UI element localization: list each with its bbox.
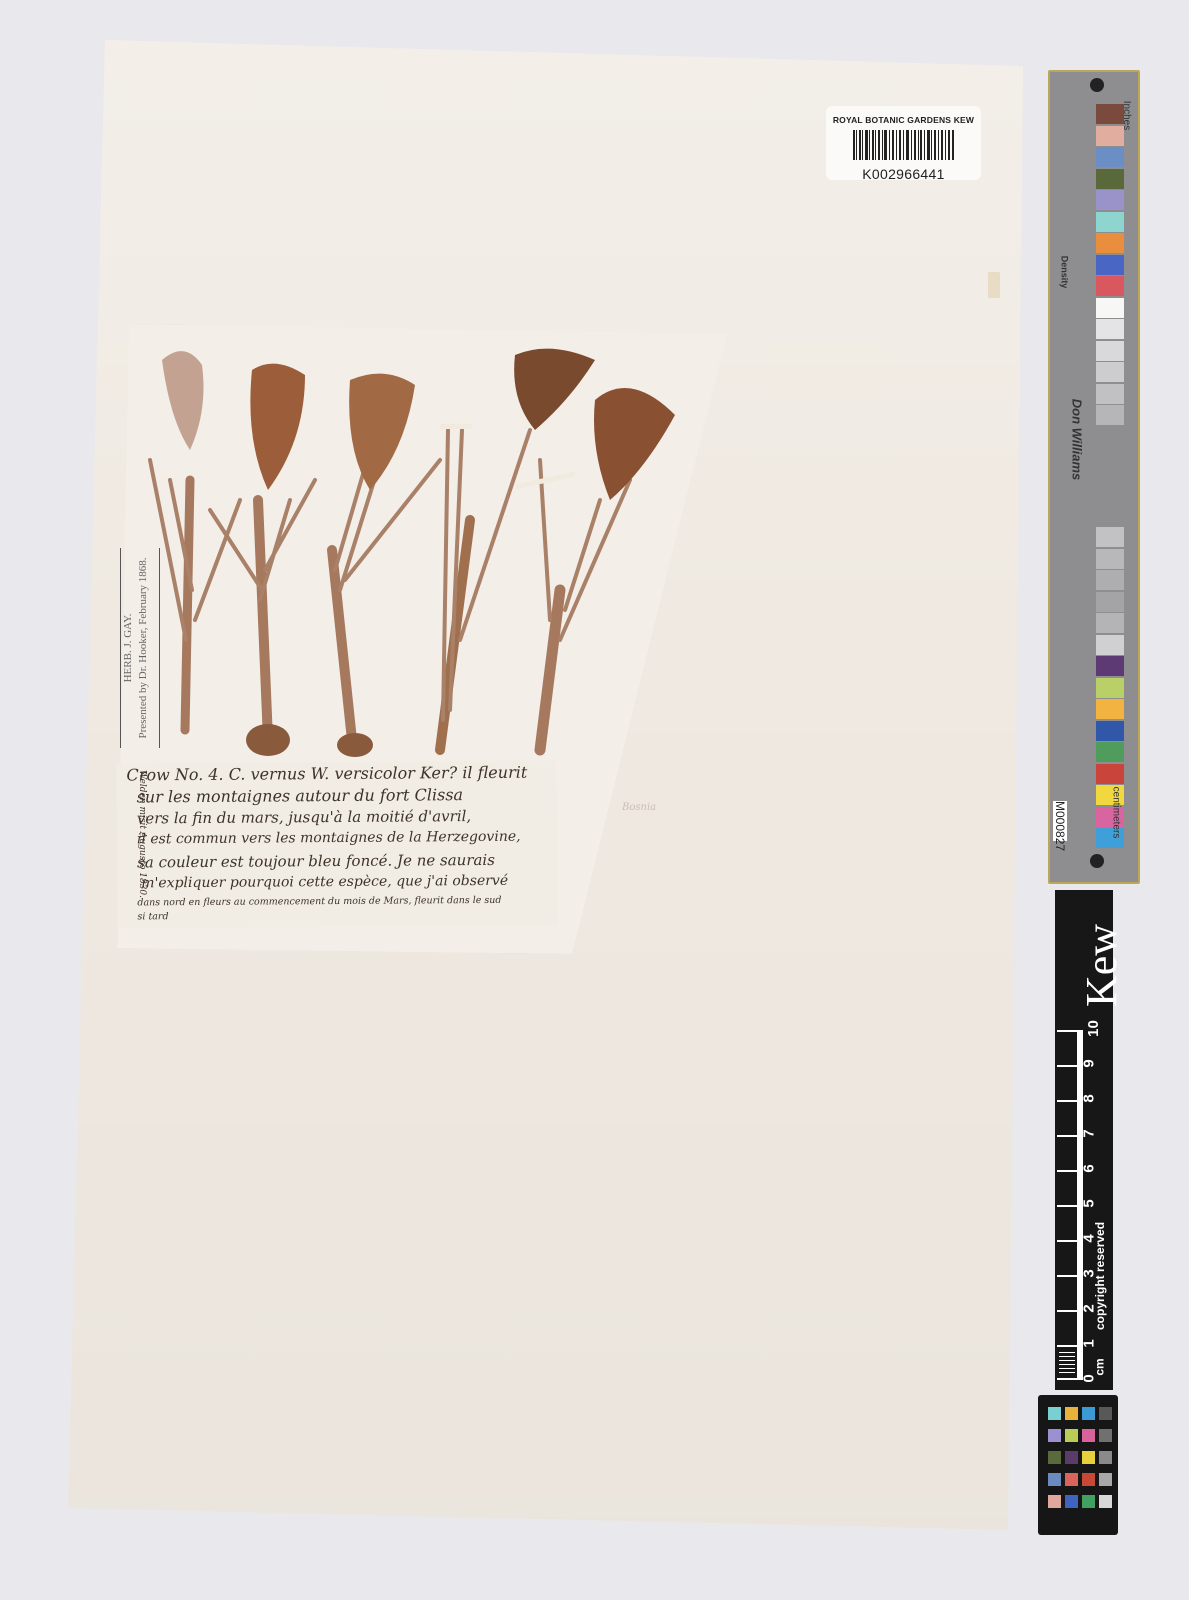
color-swatch: [1096, 678, 1124, 698]
color-swatch: [1096, 527, 1124, 547]
color-swatch: [1096, 126, 1124, 146]
color-swatch: [1096, 319, 1124, 339]
checker-patch: [1065, 1407, 1078, 1420]
note-line: vers la fin du mars, jusqu'à la moitié d…: [137, 807, 471, 827]
checker-patch: [1082, 1495, 1095, 1508]
checker-patch: [1099, 1451, 1112, 1464]
color-swatch: [1096, 276, 1124, 296]
checker-patch: [1099, 1429, 1112, 1442]
note-line: il est commun vers les montaignes de la …: [137, 829, 521, 848]
cm-number: 8: [1081, 1094, 1098, 1102]
color-swatch: [1096, 592, 1124, 612]
units-label: centimeters: [1110, 787, 1121, 839]
color-swatch: [1096, 298, 1124, 318]
colorbar-brand: Don Williams: [1069, 399, 1084, 481]
barcode-label: ROYAL BOTANIC GARDENS KEW K002966441: [826, 106, 981, 180]
color-swatch: [1096, 147, 1124, 167]
checker-patch: [1099, 1495, 1112, 1508]
printed-label-line2: Presented by Dr. Hooker, February 1868.: [136, 548, 151, 748]
hole-icon: [1090, 854, 1104, 868]
color-swatch: [1096, 656, 1124, 676]
checker-patch: [1048, 1451, 1061, 1464]
checker-patch: [1082, 1407, 1095, 1420]
color-swatch: [1096, 255, 1124, 275]
cm-number: 7: [1081, 1129, 1098, 1137]
handwritten-note: Crow No. 4. C. vernus W. versicolor Ker?…: [116, 760, 557, 928]
institution-label: ROYAL BOTANIC GARDENS KEW: [826, 115, 981, 125]
locality-pencil-note: Bosnia: [622, 802, 656, 813]
checker-patch: [1082, 1429, 1095, 1442]
tape-hinge: [988, 272, 1000, 298]
hole-icon: [1090, 78, 1104, 92]
color-swatch: [1096, 104, 1124, 124]
color-swatch: [1096, 405, 1124, 425]
note-line: Crow No. 4. C. vernus W. versicolor Ker?…: [126, 763, 527, 785]
checker-patch: [1065, 1451, 1078, 1464]
kew-logo: Kew: [1076, 924, 1127, 1007]
color-swatch: [1096, 384, 1124, 404]
note-line: sur les montaignes autour du fort Clissa: [137, 785, 463, 806]
cm-number: 1: [1081, 1339, 1098, 1347]
note-line: sa couleur est toujour bleu foncé. Je ne…: [137, 851, 495, 871]
color-swatch: [1096, 212, 1124, 232]
checker-patch: [1048, 1495, 1061, 1508]
color-swatch: [1096, 341, 1124, 361]
checker-patch: [1065, 1429, 1078, 1442]
color-swatch: [1096, 570, 1124, 590]
note-line: m'expliquer pourquoi cette espèce, que j…: [141, 873, 508, 892]
color-swatch: [1096, 635, 1124, 655]
color-swatch: [1096, 764, 1124, 784]
printed-label-line1: HERB. J. GAY.: [121, 548, 136, 748]
unit-label: cm: [1093, 1358, 1107, 1375]
side-annotation: Welden misit Augusto 1830.: [133, 770, 149, 910]
barcode-icon: [853, 130, 955, 160]
color-swatch: [1096, 721, 1124, 741]
cm-number: 10: [1085, 1020, 1102, 1037]
crocus-specimens: [140, 340, 700, 780]
note-line: dans nord en fleurs au commencement du m…: [137, 895, 501, 909]
checker-patch: [1082, 1451, 1095, 1464]
cm-number: 9: [1081, 1059, 1098, 1067]
note-line: si tard: [137, 911, 168, 922]
color-calibration-bar: Don Williams Inches Density centimeters …: [1048, 70, 1140, 884]
color-swatch: [1096, 613, 1124, 633]
checker-patch: [1099, 1473, 1112, 1486]
colorbar-id: M000827: [1053, 801, 1067, 841]
checker-patch: [1082, 1473, 1095, 1486]
color-swatch: [1096, 190, 1124, 210]
barcode-number: K002966441: [826, 166, 981, 182]
printed-label: HERB. J. GAY. Presented by Dr. Hooker, F…: [120, 548, 160, 748]
density-label: Density: [1059, 256, 1069, 289]
cm-scale-ruler: [1057, 1030, 1083, 1380]
copyright-notice: copyright reserved: [1093, 1170, 1107, 1330]
color-swatch: [1096, 362, 1124, 382]
checker-patch: [1048, 1473, 1061, 1486]
color-swatch: [1096, 549, 1124, 569]
checker-patch: [1065, 1473, 1078, 1486]
color-swatch: [1096, 699, 1124, 719]
color-swatch: [1096, 742, 1124, 762]
checker-patch: [1048, 1429, 1061, 1442]
color-swatch: [1096, 169, 1124, 189]
checker-patch: [1099, 1407, 1112, 1420]
color-swatch: [1096, 233, 1124, 253]
checker-patch: [1048, 1407, 1061, 1420]
checker-patch: [1065, 1495, 1078, 1508]
kew-scale-card: Kew 012345678910 copyright reserved cm: [1055, 890, 1113, 1390]
colorbar-heading: Inches: [1121, 101, 1132, 130]
color-checker-card: [1038, 1395, 1118, 1535]
